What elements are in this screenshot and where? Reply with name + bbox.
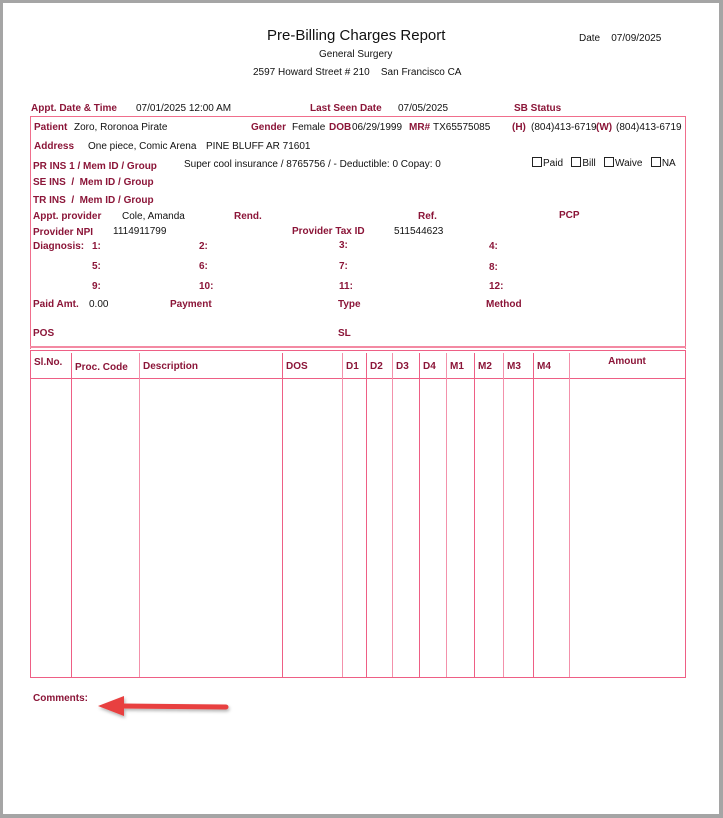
se-ins-label: SE INS / Mem ID / Group — [33, 177, 154, 188]
sl-label: SL — [338, 328, 351, 339]
column-header-amount: Amount — [569, 356, 685, 367]
sb-status-label: SB Status — [514, 103, 561, 114]
report-date: Date 07/09/2025 — [579, 33, 661, 44]
practice-name: General Surgery — [319, 49, 392, 60]
home-phone-label: (H) — [512, 122, 526, 133]
address-line: One piece, Comic Arena — [88, 141, 196, 152]
column-header-m3: M3 — [507, 361, 521, 372]
checkbox-box[interactable] — [651, 157, 661, 167]
checkbox-label: Bill — [582, 158, 595, 169]
diagnosis-7: 7: — [339, 261, 348, 272]
date-label: Date — [579, 33, 600, 44]
patient-label: Patient — [34, 122, 67, 133]
procedures-table — [30, 350, 686, 678]
diagnosis-3: 3: — [339, 240, 348, 251]
tr-ins-label: TR INS / Mem ID / Group — [33, 195, 154, 206]
checkbox-label: Paid — [543, 158, 563, 169]
npi-label: Provider NPI — [33, 227, 93, 238]
checkbox-paid[interactable]: Paid — [532, 158, 563, 169]
diagnosis-2: 2: — [199, 241, 208, 252]
paid-amt-label: Paid Amt. — [33, 299, 79, 310]
diagnosis-9: 9: — [92, 281, 101, 292]
diagnosis-8: 8: — [489, 262, 498, 273]
section-divider — [30, 346, 686, 348]
column-header-d1: D1 — [346, 361, 359, 372]
column-header-d2: D2 — [370, 361, 383, 372]
paid-amt-value: 0.00 — [89, 299, 108, 310]
checkbox-na[interactable]: NA — [651, 158, 676, 169]
home-phone-value: (804)413-6719 — [531, 122, 597, 133]
gender-label: Gender — [251, 122, 286, 133]
last-seen-value: 07/05/2025 — [398, 103, 448, 114]
diagnosis-4: 4: — [489, 241, 498, 252]
table-column-divider — [71, 353, 72, 677]
diagnosis-1: 1: — [92, 241, 101, 252]
appt-date-value: 07/01/2025 12:00 AM — [136, 103, 231, 114]
date-value: 07/09/2025 — [611, 33, 661, 44]
column-header-m4: M4 — [537, 361, 551, 372]
table-column-divider — [446, 353, 447, 677]
column-header-d3: D3 — [396, 361, 409, 372]
diagnosis-10: 10: — [199, 281, 213, 292]
pr-ins-label: PR INS 1 / Mem ID / Group — [33, 161, 157, 172]
table-column-divider — [419, 353, 420, 677]
diagnosis-5: 5: — [92, 261, 101, 272]
column-header-description: Description — [143, 361, 198, 372]
method-label: Method — [486, 299, 522, 310]
pos-label: POS — [33, 328, 54, 339]
diagnosis-6: 6: — [199, 261, 208, 272]
column-header-m1: M1 — [450, 361, 464, 372]
payment-label: Payment — [170, 299, 212, 310]
rend-label: Rend. — [234, 211, 262, 222]
last-seen-label: Last Seen Date — [310, 103, 382, 114]
table-column-divider — [503, 353, 504, 677]
column-header-sl-no: Sl.No. — [34, 357, 62, 368]
street: 2597 Howard Street # 210 — [253, 67, 370, 78]
npi-value: 1114911799 — [113, 226, 166, 237]
table-header-divider — [30, 378, 686, 379]
mr-label: MR# — [409, 122, 430, 133]
patient-name: Zoro, Roronoa Pirate — [74, 122, 167, 133]
appt-provider-value: Cole, Amanda — [122, 211, 185, 222]
checkbox-box[interactable] — [604, 157, 614, 167]
appt-provider-label: Appt. provider — [33, 211, 101, 222]
practice-address: 2597 Howard Street # 210 San Francisco C… — [253, 67, 461, 78]
annotation-arrow-icon — [90, 690, 240, 724]
diagnosis-label: Diagnosis: — [33, 241, 84, 252]
dob-value: 06/29/1999 — [352, 122, 402, 133]
address-label: Address — [34, 141, 74, 152]
address-city: PINE BLUFF AR 71601 — [206, 141, 311, 152]
payment-status-checkboxes: Paid Bill Waive NA — [532, 157, 676, 169]
column-header-dos: DOS — [286, 361, 308, 372]
column-header-m2: M2 — [478, 361, 492, 372]
table-column-divider — [282, 353, 283, 677]
pcp-label: PCP — [559, 210, 580, 221]
report-title: Pre-Billing Charges Report — [267, 27, 445, 44]
appt-date-label: Appt. Date & Time — [31, 103, 117, 114]
checkbox-bill[interactable]: Bill — [571, 158, 595, 169]
dob-label: DOB — [329, 122, 351, 133]
column-header-d4: D4 — [423, 361, 436, 372]
type-label: Type — [338, 299, 361, 310]
tax-id-label: Provider Tax ID — [292, 226, 365, 237]
table-column-divider — [139, 353, 140, 677]
checkbox-box[interactable] — [532, 157, 542, 167]
table-column-divider — [366, 353, 367, 677]
ref-label: Ref. — [418, 211, 437, 222]
work-phone-value: (804)413-6719 — [616, 122, 682, 133]
city: San Francisco CA — [381, 67, 462, 78]
table-column-divider — [474, 353, 475, 677]
checkbox-label: Waive — [615, 158, 642, 169]
diagnosis-11: 11: — [339, 281, 353, 292]
mr-value: TX65575085 — [433, 122, 490, 133]
gender-value: Female — [292, 122, 325, 133]
comments-label: Comments: — [33, 693, 88, 704]
column-header-proc-code: Proc. Code — [75, 362, 128, 373]
checkbox-box[interactable] — [571, 157, 581, 167]
table-column-divider — [533, 353, 534, 677]
checkbox-waive[interactable]: Waive — [604, 158, 642, 169]
checkbox-label: NA — [662, 158, 676, 169]
pr-ins-value: Super cool insurance / 8765756 / - Deduc… — [184, 159, 441, 170]
table-column-divider — [392, 353, 393, 677]
diagnosis-12: 12: — [489, 281, 503, 292]
work-phone-label: (W) — [596, 122, 612, 133]
table-column-divider — [342, 353, 343, 677]
tax-id-value: 511544623 — [394, 226, 443, 237]
table-column-divider — [569, 353, 570, 677]
